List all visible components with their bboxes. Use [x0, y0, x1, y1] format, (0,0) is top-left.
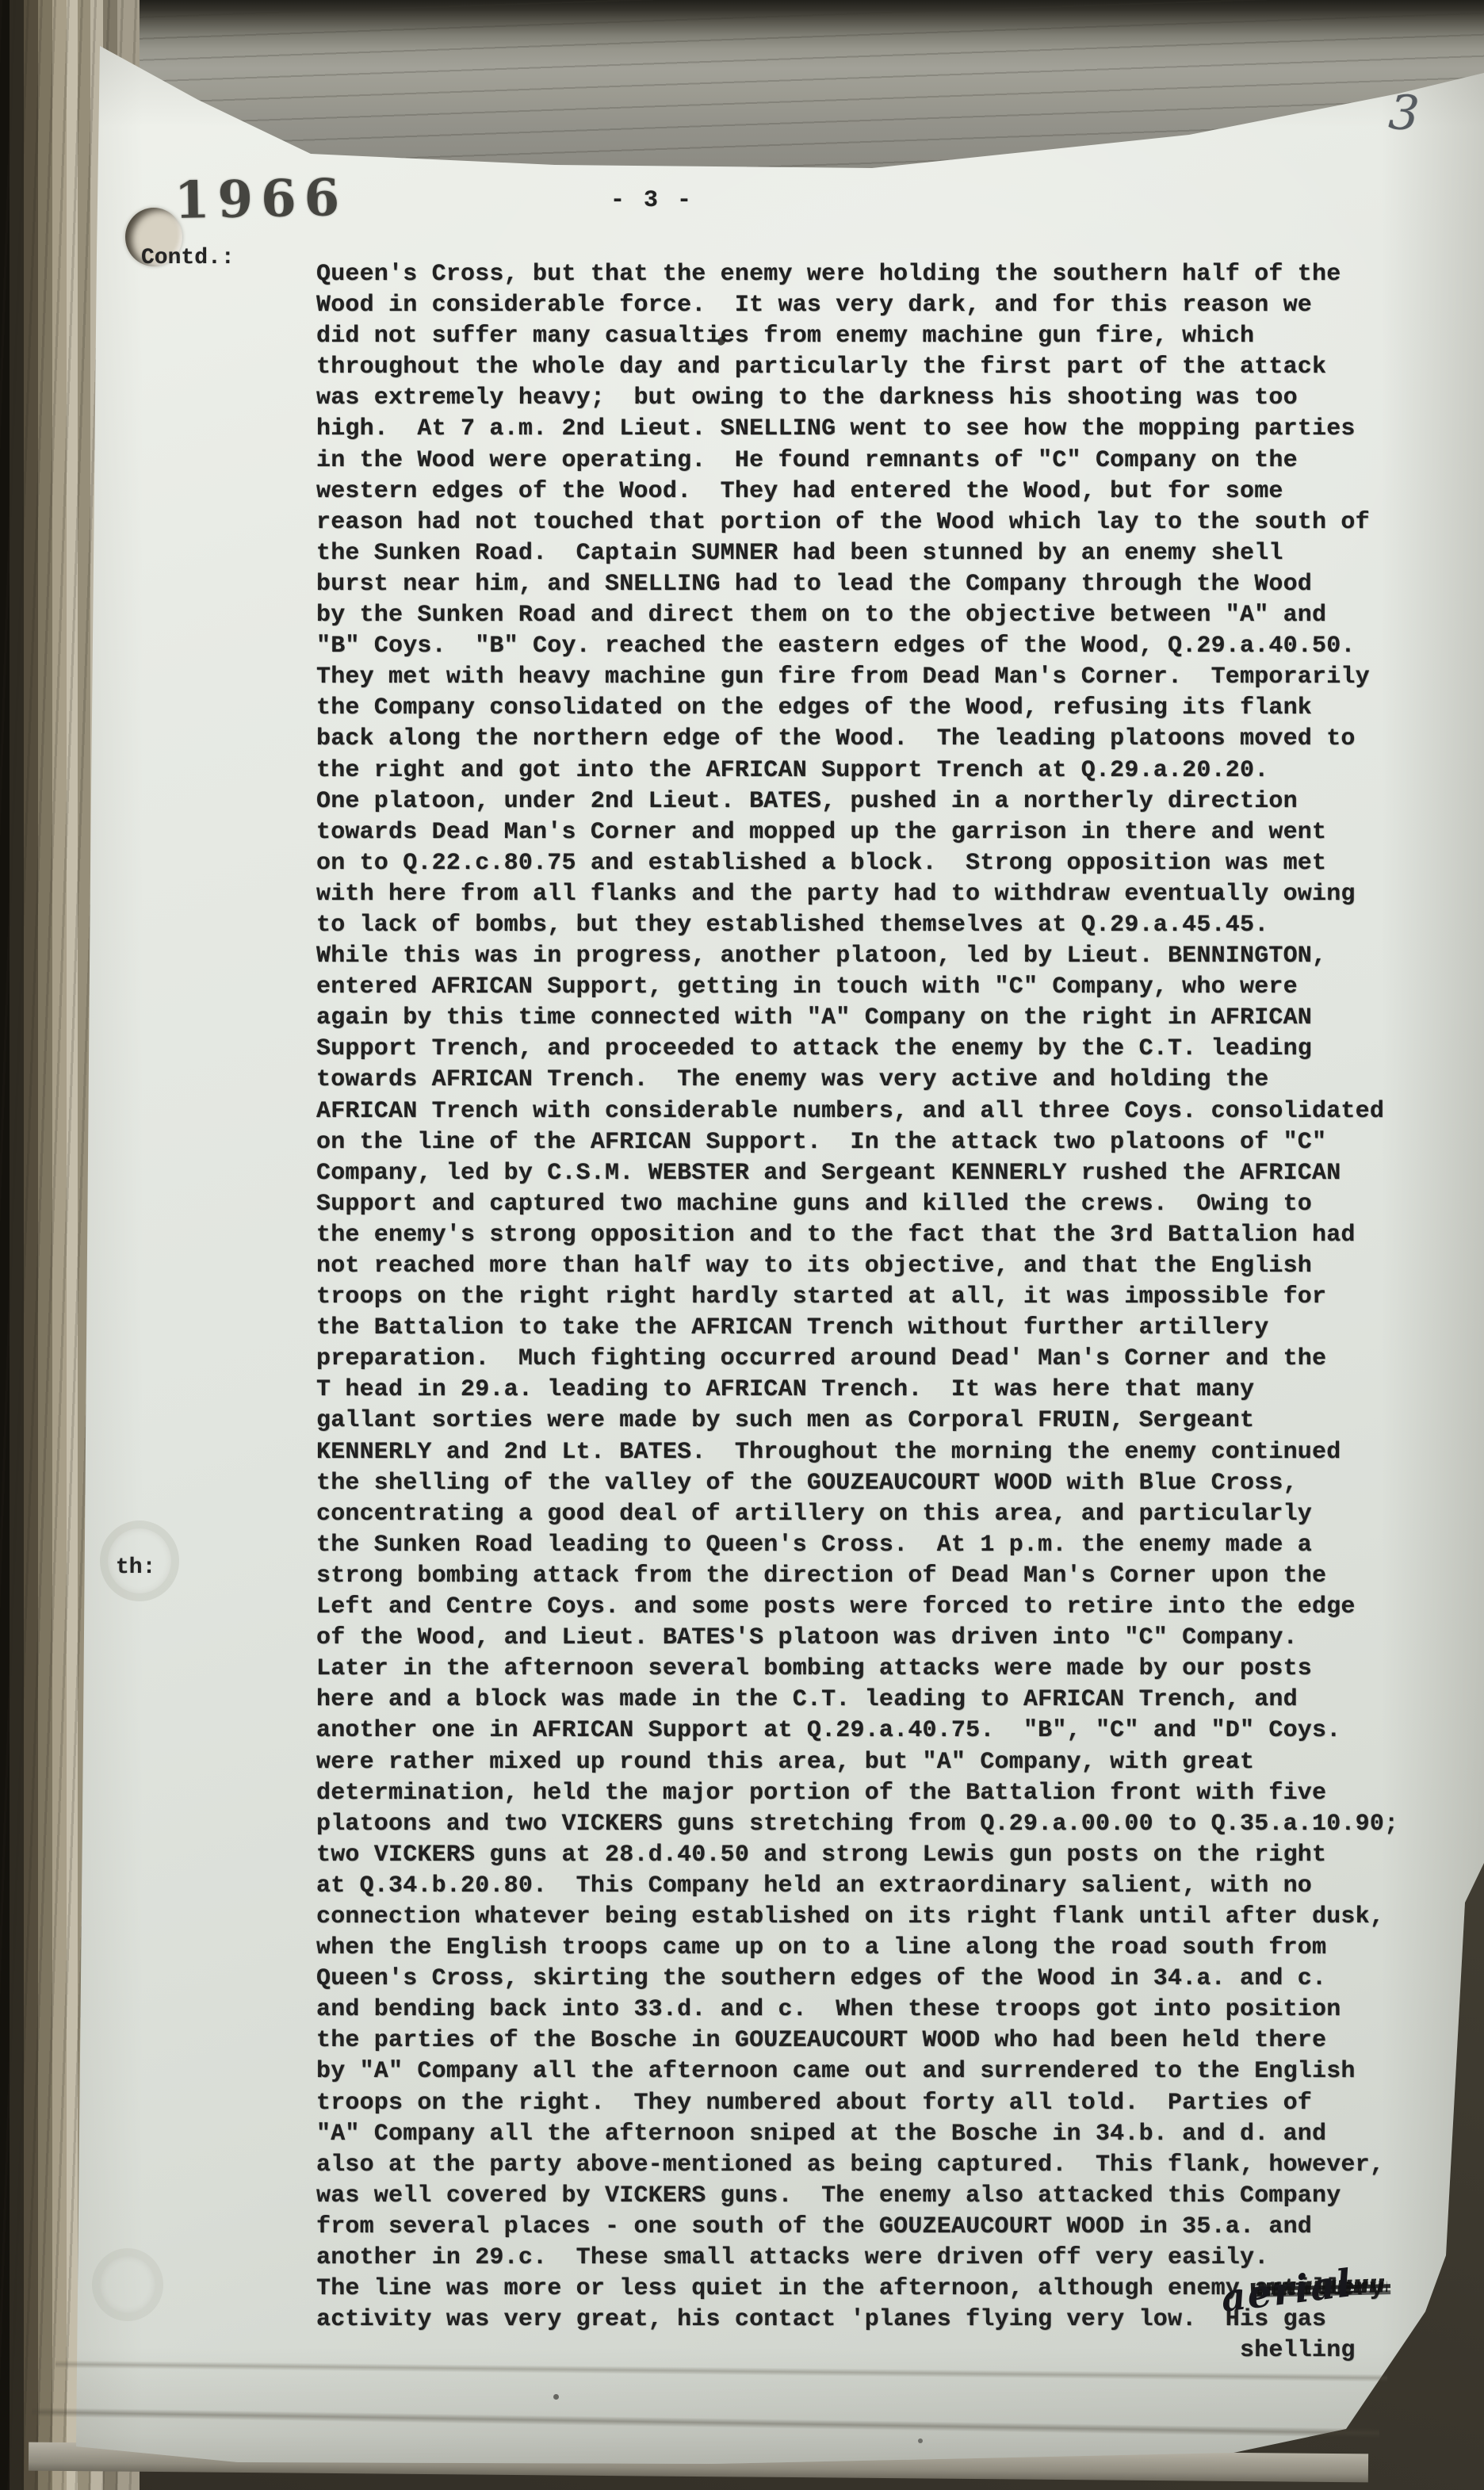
- ink-speck: [553, 2394, 559, 2400]
- text-line: was well covered by VICKERS guns. The en…: [316, 2181, 1455, 2212]
- typewritten-text: Queen's Cross, but that the enemy were h…: [316, 259, 1455, 2366]
- text-line: when the English troops came up on to a …: [316, 1933, 1455, 1964]
- text-line: towards AFRICAN Trench. The enemy was ve…: [316, 1065, 1455, 1096]
- text-line: by the Sunken Road and direct them on to…: [316, 600, 1455, 631]
- margin-note-th: th:: [116, 1555, 155, 1580]
- text-line: Later in the afternoon several bombing a…: [316, 1654, 1455, 1685]
- text-line: While this was in progress, another plat…: [316, 941, 1455, 972]
- text-line: Support Trench, and proceeded to attack …: [316, 1034, 1455, 1065]
- text-line: Company, led by C.S.M. WEBSTER and Serge…: [316, 1158, 1455, 1189]
- text-line: to lack of bombs, but they established t…: [316, 910, 1455, 941]
- text-line: high. At 7 a.m. 2nd Lieut. SNELLING went…: [316, 414, 1455, 445]
- text-line: not reached more than half way to its ob…: [316, 1251, 1455, 1282]
- text-line: connection whatever being established on…: [316, 1902, 1455, 1933]
- text-line: back along the northern edge of the Wood…: [316, 724, 1455, 755]
- text-line: KENNERLY and 2nd Lt. BATES. Throughout t…: [316, 1437, 1455, 1468]
- text-line: two VICKERS guns at 28.d.40.50 and stron…: [316, 1840, 1455, 1871]
- text-line: also at the party above-mentioned as bei…: [316, 2150, 1455, 2181]
- text-line: again by this time connected with "A" Co…: [316, 1003, 1455, 1034]
- text-line: towards Dead Man's Corner and mopped up …: [316, 817, 1455, 848]
- text-line: on the line of the AFRICAN Support. In t…: [316, 1127, 1455, 1158]
- text-line: gallant sorties were made by such men as…: [316, 1406, 1455, 1436]
- text-line: burst near him, and SNELLING had to lead…: [316, 569, 1455, 600]
- text-line: the Battalion to take the AFRICAN Trench…: [316, 1313, 1455, 1344]
- text-line: another one in AFRICAN Support at Q.29.a…: [316, 1715, 1455, 1746]
- text-line: did not suffer many casualties from enem…: [316, 321, 1455, 352]
- text-line: at Q.34.b.20.80. This Company held an ex…: [316, 1871, 1455, 1902]
- text-line: One platoon, under 2nd Lieut. BATES, pus…: [316, 786, 1455, 817]
- text-line: strong bombing attack from the direction…: [316, 1561, 1455, 1592]
- text-line: "B" Coys. "B" Coy. reached the eastern e…: [316, 631, 1455, 662]
- text-line: the Sunken Road. Captain SUMNER had been…: [316, 538, 1455, 569]
- year-stamp: 1966: [174, 168, 347, 231]
- text-line: Left and Centre Coys. and some posts wer…: [316, 1592, 1455, 1623]
- text-line: throughout the whole day and particularl…: [316, 352, 1455, 383]
- text-line: Wood in considerable force. It was very …: [316, 290, 1455, 321]
- text-line: in the Wood were operating. He found rem…: [316, 446, 1455, 476]
- text-line: platoons and two VICKERS guns stretching…: [316, 1809, 1455, 1840]
- text-line: from several places - one south of the G…: [316, 2212, 1455, 2243]
- margin-note-contd: Contd.:: [141, 246, 235, 270]
- photographed-document: 1966 - 3 - 3 Contd.: th: Queen's Cross, …: [0, 0, 1484, 2490]
- text-line: They met with heavy machine gun fire fro…: [316, 662, 1455, 693]
- punch-hole-impression: [92, 2248, 163, 2321]
- page-number: - 3 -: [610, 187, 694, 214]
- text-line: Queen's Cross, skirting the southern edg…: [316, 1964, 1455, 1995]
- text-line: here and a block was made in the C.T. le…: [316, 1685, 1455, 1715]
- text-line: were rather mixed up round this area, bu…: [316, 1747, 1455, 1778]
- text-line: "A" Company all the afternoon sniped at …: [316, 2119, 1455, 2150]
- text-line: Queen's Cross, but that the enemy were h…: [316, 259, 1455, 290]
- text-line: reason had not touched that portion of t…: [316, 507, 1455, 538]
- text-line: western edges of the Wood. They had ente…: [316, 476, 1455, 507]
- text-line: the shelling of the valley of the GOUZEA…: [316, 1468, 1455, 1499]
- text-line: T head in 29.a. leading to AFRICAN Trenc…: [316, 1375, 1455, 1406]
- text-line: and bending back into 33.d. and c. When …: [316, 1995, 1455, 2025]
- text-line: preparation. Much fighting occurred arou…: [316, 1344, 1455, 1375]
- text-line: concentrating a good deal of artillery o…: [316, 1499, 1455, 1530]
- text-line: troops on the right right hardly started…: [316, 1282, 1455, 1313]
- text-line: AFRICAN Trench with considerable numbers…: [316, 1096, 1455, 1127]
- ink-speck: [918, 2438, 923, 2443]
- text-line: of the Wood, and Lieut. BATES'S platoon …: [316, 1623, 1455, 1654]
- text-line: the enemy's strong opposition and to the…: [316, 1220, 1455, 1251]
- text-line: shelling: [316, 2335, 1455, 2366]
- text-line: the parties of the Bosche in GOUZEAUCOUR…: [316, 2025, 1455, 2056]
- text-line: the right and got into the AFRICAN Suppo…: [316, 755, 1455, 786]
- text-line: the Company consolidated on the edges of…: [316, 693, 1455, 724]
- text-line: entered AFRICAN Support, getting in touc…: [316, 972, 1455, 1003]
- text-line: Support and captured two machine guns an…: [316, 1189, 1455, 1220]
- text-line: the Sunken Road leading to Queen's Cross…: [316, 1530, 1455, 1561]
- text-line: on to Q.22.c.80.75 and established a blo…: [316, 848, 1455, 879]
- text-line: with here from all flanks and the party …: [316, 879, 1455, 910]
- text-line: troops on the right. They numbered about…: [316, 2088, 1455, 2119]
- text-line: was extremely heavy; but owing to the da…: [316, 383, 1455, 414]
- handwritten-folio-number: 3: [1387, 85, 1421, 142]
- text-line: determination, held the major portion of…: [316, 1778, 1455, 1809]
- text-line: by "A" Company all the afternoon came ou…: [316, 2056, 1455, 2087]
